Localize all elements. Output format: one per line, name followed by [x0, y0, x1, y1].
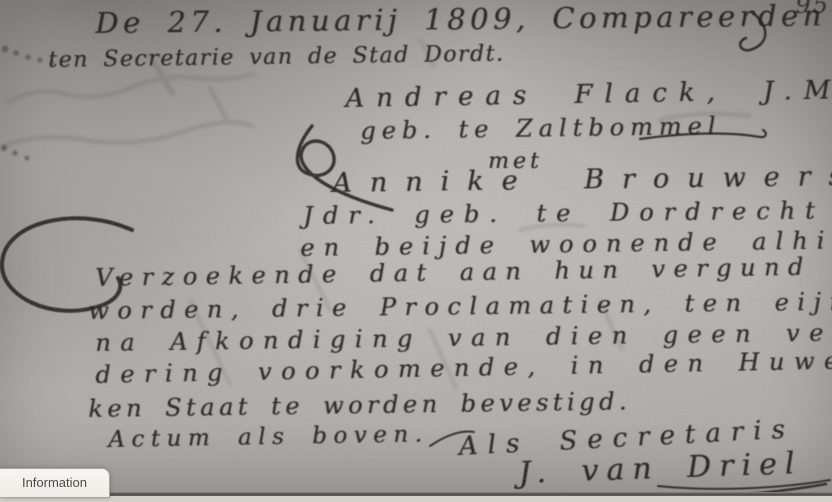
- handwriting-line: Andreas Flack, J.M.: [345, 75, 832, 114]
- document-scan: De 27. Januarij 1809, Compareerden ten S…: [0, 0, 832, 497]
- handwriting-line: Jdr. geb. te Dordrecht: [303, 197, 825, 230]
- information-button[interactable]: Information: [0, 468, 110, 498]
- handwriting-line: Actum als boven.: [108, 421, 429, 453]
- handwriting-line: ten Secretarie van de Stad Dordt.: [48, 42, 505, 73]
- handwriting-line: Annike Brouwers: [332, 161, 832, 199]
- page-background-strip: [0, 496, 832, 502]
- document-viewer: De 27. Januarij 1809, Compareerden ten S…: [0, 0, 832, 502]
- handwriting-line: ken Staat te worden bevestigd.: [88, 387, 631, 423]
- handwriting-line: geb. te Zaltbommel: [360, 112, 722, 145]
- handwriting-line: De 27. Januarij 1809, Compareerden: [95, 0, 826, 40]
- page-number: 95: [795, 0, 830, 19]
